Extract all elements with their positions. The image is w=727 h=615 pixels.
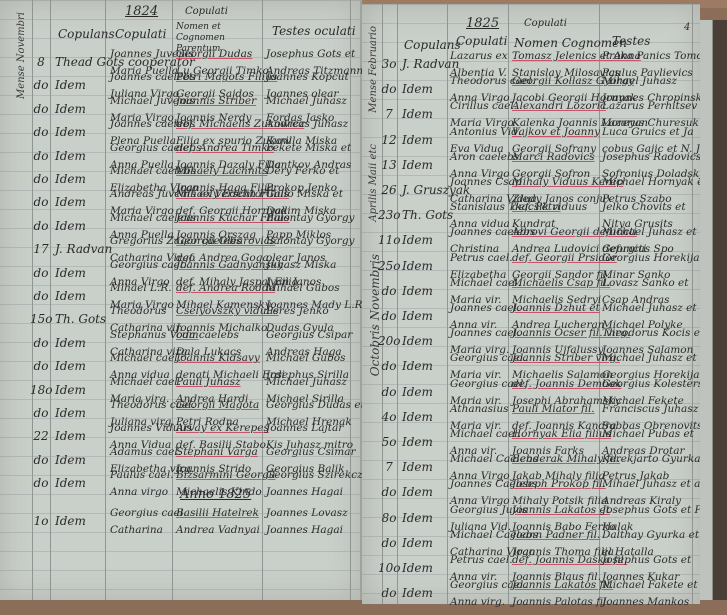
- witness-line: Georgius Szirekcz: [266, 467, 363, 484]
- entry-day: do: [378, 81, 400, 98]
- parent-line: Michaelis Csap fil.: [512, 275, 610, 292]
- entry-day: do: [30, 475, 52, 492]
- table-row: 1oIdemGeorgius cael.CatharinaBasilii Hat…: [0, 505, 360, 543]
- entry-day: do: [378, 535, 400, 552]
- witness-line: Luca Gruics et Ja: [602, 124, 712, 141]
- copulati-heading: Copulati: [115, 27, 166, 41]
- entry-day: 11o: [378, 232, 400, 249]
- witness-line: Peres Jenko: [266, 303, 334, 320]
- entry-day: 10o: [378, 560, 400, 577]
- parent-line: Joannis Palotas fil.: [512, 594, 613, 600]
- witness-line: Mihael Juhasz: [602, 73, 705, 90]
- entry-copulans: Idem: [402, 459, 433, 476]
- witness-line: Theodorus Kocis et: [602, 325, 704, 342]
- entry-copulans: Idem: [402, 258, 433, 275]
- witness-line: Joannes Hagai: [266, 522, 348, 539]
- entry-copulans: Idem: [402, 535, 433, 552]
- witness-line: Balontay Gyorgy: [266, 233, 354, 250]
- entry-day: 25o: [378, 258, 400, 275]
- entry-witnesses: Joannes LovaszJoannes Hagai: [266, 505, 348, 539]
- witness-line: Josephus Gots et: [266, 46, 363, 63]
- entry-parents: Basilii HatelrekAndrea Vadnyai: [176, 505, 260, 539]
- witness-line: Michael Juhasz et: [602, 224, 697, 241]
- groom-name: Petrus cael.: [450, 552, 513, 569]
- parent-line: Joannis Lakatos fil.: [512, 577, 613, 594]
- witness-line: Josephus Radovics: [602, 149, 705, 166]
- entry-day: 20o: [378, 333, 400, 350]
- entry-copulans: Idem: [402, 106, 433, 123]
- witness-line: Joannes Kopcut: [266, 69, 349, 86]
- witness-line: Georgius Csipar: [266, 327, 352, 344]
- groom-name: Michael cael.: [110, 350, 181, 367]
- groom-name: Joannes cael.: [450, 300, 520, 317]
- entry-day: 23o: [378, 207, 400, 224]
- entry-parents: Joannis Lakatos fil.Joannis Palotas fil.: [512, 577, 613, 600]
- left-page: 1824 Copulati Copulans Copulati Nomen et…: [0, 0, 362, 600]
- witness-line: Dery Ferko et: [266, 163, 339, 180]
- parent-line: Joannis Lakatos et: [512, 502, 615, 519]
- entry-copulans: Th. Gots: [402, 207, 453, 224]
- witness-line: Fekete Miska et: [266, 140, 351, 157]
- witness-line: Michael Gubos: [266, 350, 349, 367]
- parent-line: Georgii Olearovics: [176, 233, 275, 250]
- groom-name: Lazarus ex: [450, 48, 508, 65]
- copulati-top-heading: Copulati: [185, 6, 228, 17]
- witness-line: Mihael Gubos: [266, 280, 366, 297]
- witness-line: Gallo Miska et: [266, 186, 343, 203]
- groom-name: Michael cael.: [450, 426, 521, 443]
- witness-line: Georgius Horekijarta: [602, 250, 715, 267]
- entry-day: 5o: [378, 434, 400, 451]
- entry-copulans: Idem: [402, 333, 433, 350]
- entry-day: 8o: [378, 510, 400, 527]
- entry-day: do: [378, 484, 400, 501]
- entry-copulans: Idem: [55, 475, 86, 492]
- parent-line: Petri Magots Filius: [176, 69, 277, 86]
- groom-name: Cirillus cael.: [450, 98, 517, 115]
- entry-day: 12: [378, 132, 400, 149]
- witness-line: Michael Juhasz: [266, 374, 347, 391]
- witness-line: Balontay Gyorgy: [266, 210, 354, 227]
- entry-copulans: Idem: [402, 132, 433, 149]
- witness-line: Michael Juhasz et: [602, 350, 715, 367]
- entry-copulans: Idem: [402, 157, 433, 174]
- testes-heading: Testes: [612, 34, 650, 48]
- entry-day: do: [378, 308, 400, 325]
- entry-copulans: Idem: [402, 409, 433, 426]
- witness-line: Juhasz Miska: [266, 257, 336, 274]
- copulati-heading: Copulati: [456, 34, 507, 48]
- parent-line: Joseph Prokop fil.: [512, 476, 607, 493]
- groom-name: Paulus cael.: [110, 467, 174, 484]
- entry-day: 3o: [378, 56, 400, 73]
- copulati-top-heading: Copulati: [524, 18, 567, 29]
- groom-name: Athanasius: [450, 401, 509, 418]
- groom-name: Theodorus: [110, 303, 183, 320]
- witness-line: Joannes Lovasz: [266, 505, 348, 522]
- entry-copulans: Idem: [402, 510, 433, 527]
- entry-day: 7: [378, 459, 400, 476]
- witness-line: Georgius Kolesterski: [602, 376, 713, 393]
- parent-line: Joannis Dzhut et: [512, 300, 605, 317]
- groom-name: Antonius Vid.: [450, 124, 521, 141]
- groom-name: Michael cael.: [450, 275, 521, 292]
- witness-line: Kerekjarto Gyurka et: [602, 451, 714, 468]
- parent-line: Hornyak Elia filius: [512, 426, 611, 443]
- entry-day: 7: [378, 106, 400, 123]
- parent-line: Pauli Miator fil.: [512, 401, 616, 418]
- parent-line: Bizsarmini Georgii: [176, 467, 275, 484]
- parent-line: Stephani Varga: [176, 444, 258, 461]
- entry-copulans: Idem: [402, 560, 433, 577]
- year-heading: 1824: [125, 4, 158, 19]
- parent-line: Joann Padner fil.: [512, 527, 614, 544]
- groom-name: Mihael L.R.: [110, 280, 174, 297]
- witness-line: Lazarus Perhitsev et: [602, 98, 711, 115]
- parent-line: def. Petri: [512, 199, 561, 216]
- witness-line: Franciscus Juhasz et: [602, 401, 712, 418]
- entry-couple: Paulus cael.Anna virgo: [110, 467, 174, 501]
- entry-copulans: Idem: [402, 232, 433, 249]
- parent-line: Basilii Hatelrek: [176, 505, 260, 522]
- witness-line: Michael Hornyak et: [602, 174, 708, 191]
- parent-line: Georgii Magota: [176, 397, 259, 414]
- witness-line: Jelko Chovits et: [602, 199, 686, 216]
- entry-copulans: Idem: [402, 358, 433, 375]
- entry-copulans: Idem: [402, 384, 433, 401]
- right-page: 1825 Copulati Copulans Copulati Nomen Co…: [362, 4, 700, 600]
- page-number: 4: [684, 22, 690, 33]
- annus-heading: Anno 1825: [180, 487, 251, 502]
- witness-line: Proka Panics Tomo: [602, 48, 703, 65]
- bride-name: Anna virgo: [110, 484, 174, 501]
- parent-line: cum: [176, 327, 241, 344]
- parent-line: Andrea Vadnyai: [176, 522, 260, 539]
- witness-line: Joannes Lajtar: [266, 420, 353, 437]
- parent-line: def. Andrea Rodda: [176, 280, 275, 297]
- witness-line: Michael Juhasz et: [602, 300, 697, 317]
- groom-name: Aron caelebs: [450, 149, 519, 166]
- witness-line: Andreas Juhasz: [266, 116, 348, 133]
- parent-line: Cselyovszky viduus: [176, 303, 279, 320]
- witness-line: Georgius Dudas et: [266, 397, 365, 414]
- witness-line: Michael Pubas et: [602, 426, 694, 443]
- entry-day: 26: [378, 182, 400, 199]
- entry-witnesses: Georgius SzirekczJoannes Hagai: [266, 467, 363, 501]
- entry-day: do: [378, 358, 400, 375]
- witness-line: Joannes Mankos: [602, 594, 698, 600]
- groom-name: Michael cael.: [110, 374, 181, 391]
- entry-copulans: Idem: [402, 81, 433, 98]
- entry-day: do: [378, 283, 400, 300]
- groom-name: Joannes cael.: [450, 325, 520, 342]
- parent-line: Marci Radovics: [512, 149, 595, 166]
- testes-heading: Testes oculati: [272, 24, 356, 38]
- entry-day: do: [378, 585, 400, 600]
- entry-copulans: Idem: [402, 434, 433, 451]
- parent-line: Arvay ex Kerepes: [176, 420, 269, 437]
- table-row: doIdemGeorgius cael.Anna virg.Joannis La…: [362, 577, 700, 600]
- witness-line: Lovasz Sanko et: [602, 275, 688, 292]
- copulans-heading: Copulans: [58, 27, 115, 41]
- parent-line: Pauli Juhasz: [176, 374, 248, 391]
- witness-line: Michael Fakete et: [602, 577, 698, 594]
- year-heading: 1825: [466, 16, 499, 31]
- parent-line: Joannis Striber: [176, 93, 256, 110]
- entry-copulans: Idem: [402, 283, 433, 300]
- parent-line: Vajkov et Joanny: [512, 124, 600, 141]
- entry-day: 13: [378, 157, 400, 174]
- groom-name: Petrus cael.: [450, 250, 513, 267]
- entry-witnesses: Michael Fakete etJoannes Mankos: [602, 577, 698, 600]
- entry-copulans: Idem: [402, 585, 433, 600]
- entry-day: do: [378, 384, 400, 401]
- entry-copulans: Idem: [55, 513, 86, 530]
- entry-copulans: Idem: [402, 484, 433, 501]
- witness-line: Michael Juhasz: [266, 93, 347, 110]
- register-book: 1824 Copulati Copulans Copulati Nomen et…: [0, 0, 727, 600]
- witness-line: Georgius Csimar: [266, 444, 356, 461]
- witness-line: Josephus Gots et: [602, 552, 691, 569]
- entry-day: 1o: [30, 513, 52, 530]
- entry-day: 4o: [378, 409, 400, 426]
- entry-copulans: Idem: [402, 308, 433, 325]
- witness-line: Joannes Hagai: [266, 484, 363, 501]
- parent-line: Georgii Dudas: [176, 46, 269, 63]
- parent-line: Mihaely Lachnits: [176, 163, 274, 180]
- book-edge: [700, 20, 727, 600]
